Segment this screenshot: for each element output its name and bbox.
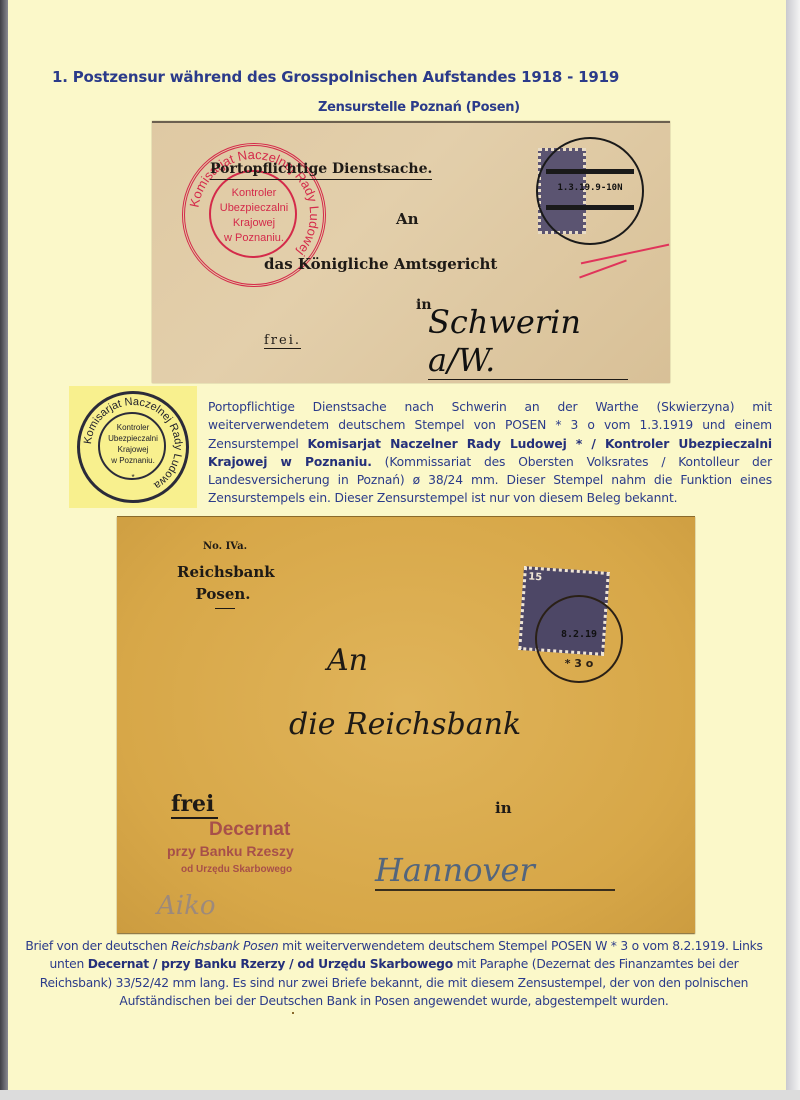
- envelope-destination: Hannover: [375, 851, 615, 891]
- envelope-an: An: [396, 210, 419, 228]
- speck: [292, 1012, 294, 1014]
- seal-center-text: Kontroler Ubezpieczalni Krajowej w Pozna…: [185, 186, 323, 246]
- description-envelope-2: Brief von der deutschen Reichsbank Posen…: [14, 937, 774, 1010]
- black-seal: Komisarjat Naczelnej Rady Ludowa Kontrol…: [77, 391, 189, 503]
- sender: Reichsbank Posen.: [177, 561, 269, 605]
- envelope-frei: frei: [171, 791, 218, 819]
- scan-edge-bottom: [0, 1090, 800, 1100]
- paraphe-signature: Aiko: [157, 891, 216, 921]
- envelope-schwerin: Komisarjat Naczelnej Rady Ludowej Kontro…: [152, 121, 670, 383]
- scan-edge-left: [0, 0, 8, 1100]
- envelope-addressee: das Königliche Amtsgericht: [264, 255, 497, 273]
- envelope-an: An: [327, 643, 368, 678]
- envelope-reichsbank: No. IVa. Reichsbank Posen. 15 8.2.19 * 3…: [117, 516, 695, 933]
- postmark: 1.3.19.9-10N: [536, 137, 644, 245]
- scan-edge-right: [786, 0, 800, 1090]
- seal-center-text: Kontroler Ubezpieczalni Krajowej w Pozna…: [80, 422, 186, 483]
- envelope-destination: Schwerin a/W.: [428, 303, 628, 380]
- description-envelope-1: Portopflichtige Dienstsache nach Schweri…: [208, 398, 772, 508]
- seal-illustration: Komisarjat Naczelnej Rady Ludowa Kontrol…: [69, 386, 197, 508]
- envelope-in: in: [495, 799, 512, 817]
- postmark: 8.2.19 * 3 o: [535, 595, 623, 683]
- form-number: No. IVa.: [203, 541, 247, 552]
- page-subtitle: Zensurstelle Poznań (Posen): [318, 100, 520, 115]
- envelope-header: Portopflichtige Dienstsache.: [210, 161, 432, 180]
- envelope-addressee: die Reichsbank: [289, 707, 521, 742]
- divider: [215, 608, 235, 609]
- page-title: 1. Postzensur während des Grosspolnische…: [52, 68, 619, 86]
- envelope-frei: frei.: [264, 333, 301, 349]
